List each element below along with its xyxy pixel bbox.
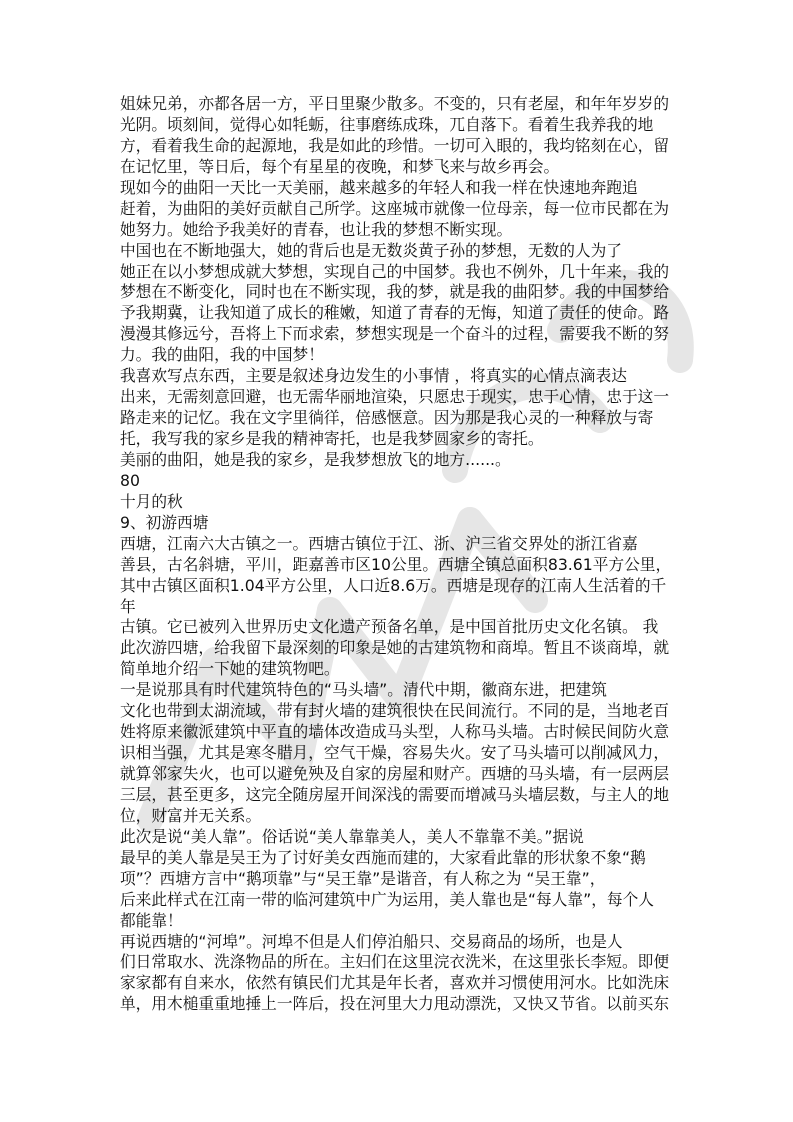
- text-line: 赶着，为曲阳的美好贡献自己所学。这座城市就像一位母亲，每一位市民都在为: [120, 199, 680, 220]
- text-line: 再说西塘的“河埠”。河埠不但是人们停泊船只、交易商品的场所，也是人: [120, 932, 680, 953]
- text-line: 托，我写我的家乡是我的精神寄托，也是我梦圆家乡的寄托。: [120, 429, 680, 450]
- text-line: 都能靠！: [120, 911, 680, 932]
- text-line: 梦想在不断变化，同时也在不断实现，我的梦，就是我的曲阳梦。我的中国梦给: [120, 282, 680, 303]
- text-line: 漫漫其修远兮，吾将上下而求索，梦想实现是一个奋斗的过程，需要我不断的努: [120, 324, 680, 345]
- text-line: 年: [120, 597, 680, 618]
- text-line: 后来此样式在江南一带的临河建筑中广为运用，美人靠也是“每人靠”，每个人: [120, 890, 680, 911]
- text-line: 在记忆里，等日后，每个有星星的夜晚，和梦飞来与故乡再会。: [120, 157, 680, 178]
- text-line: 美丽的曲阳，她是我的家乡，是我梦想放飞的地方......。: [120, 450, 680, 471]
- text-line: 姐妹兄弟，亦都各居一方，平日里聚少散多。不变的，只有老屋，和年年岁岁的: [120, 94, 680, 115]
- text-line: 单，用木槌重重地捶上一阵后，投在河里大力甩动漂洗，又快又节省。以前买东: [120, 994, 680, 1015]
- text-line: 她努力。她给予我美好的青春，也让我的梦想不断实现。: [120, 220, 680, 241]
- text-line: 现如今的曲阳一天比一天美丽，越来越多的年轻人和我一样在快速地奔跑追: [120, 178, 680, 199]
- text-line: 中国也在不断地强大，她的背后也是无数炎黄子孙的梦想，无数的人为了: [120, 241, 680, 262]
- section-title: 十月的秋: [120, 492, 680, 513]
- text-line: 善县，古名斜塘，平川，距嘉善市区10公里。西塘全镇总面积83.61平方公里，: [120, 555, 680, 576]
- text-line: 路走来的记忆。我在文字里徜徉，倍感惬意。因为那是我心灵的一种释放与寄: [120, 408, 680, 429]
- text-line: 力。我的曲阳，我的中国梦！: [120, 345, 680, 366]
- text-line: 就算邻家失火，也可以避免殃及自家的房屋和财产。西塘的马头墙，有一层两层: [120, 764, 680, 785]
- chapter-heading: 9、初游西塘: [120, 513, 680, 534]
- text-line: 此次是说“美人靠”。俗话说“美人靠靠美人，美人不靠靠不美。”据说: [120, 827, 680, 848]
- text-line: 其中古镇区面积1.04平方公里，人口近8.6万。西塘是现存的江南人生活着的千: [120, 576, 680, 597]
- text-line: 此次游四塘，给我留下最深刻的印象是她的古建筑物和商埠。暂且不谈商埠，就: [120, 638, 680, 659]
- text-line: 古镇。它已被列入世界历史文化遗产预备名单，是中国首批历史文化名镇。 我: [120, 617, 680, 638]
- text-line: 姓将原来徽派建筑中平直的墙体改造成马头型，人称马头墙。古时候民间防火意: [120, 722, 680, 743]
- text-line: 光阴。顷刻间，觉得心如牦蛎，往事磨练成珠，兀自落下。看着生我养我的地: [120, 115, 680, 136]
- text-line: 位，财富并无关系。: [120, 806, 680, 827]
- text-line: 西塘，江南六大古镇之一。西塘古镇位于江、浙、沪三省交界处的浙江省嘉: [120, 534, 680, 555]
- text-line: 们日常取水、洗涤物品的所在。主妇们在这里浣衣洗米，在这里张长李短。即便: [120, 952, 680, 973]
- text-line: 我喜欢写点东西，主要是叙述身边发生的小事情 ，将真实的心情点滴表达: [120, 366, 680, 387]
- text-line: 三层，甚至更多，这完全随房屋开间深浅的需要而增减马头墙层数，与主人的地: [120, 785, 680, 806]
- document-page: 姐妹兄弟，亦都各居一方，平日里聚少散多。不变的，只有老屋，和年年岁岁的 光阴。顷…: [0, 0, 793, 1122]
- text-line: 项”？西塘方言中“鹅项靠”与“吴王靠”是谐音，有人称之为 “吴王靠”，: [120, 869, 680, 890]
- text-line: 简单地介绍一下她的建筑物吧。: [120, 659, 680, 680]
- text-line: 方，看着我生命的起源地，我是如此的珍惜。一切可入眼的，我均铭刻在心，留: [120, 136, 680, 157]
- text-line: 予我期冀，让我知道了成长的稚嫩，知道了青春的无悔，知道了责任的使命。路: [120, 303, 680, 324]
- text-line: 一是说那具有时代建筑特色的“马头墙”。清代中期，徽商东进，把建筑: [120, 680, 680, 701]
- text-line: 家家都有自来水，依然有镇民们尤其是年长者，喜欢并习惯使用河水。比如洗床: [120, 973, 680, 994]
- text-line: 她正在以小梦想成就大梦想，实现自己的中国梦。我也不例外，几十年来，我的: [120, 262, 680, 283]
- text-line: 出来，无需刻意回避，也无需华丽地渲染，只愿忠于现实，忠于心情，忠于这一: [120, 387, 680, 408]
- text-line: 文化也带到太湖流域，带有封火墙的建筑很快在民间流行。不同的是，当地老百: [120, 701, 680, 722]
- document-body: 姐妹兄弟，亦都各居一方，平日里聚少散多。不变的，只有老屋，和年年岁岁的 光阴。顷…: [120, 94, 680, 1015]
- text-line: 最早的美人靠是吴王为了讨好美女西施而建的，大家看此靠的形状象不象“鹅: [120, 848, 680, 869]
- text-line: 识相当强，尤其是寒冬腊月，空气干燥，容易失火。安了马头墙可以削减风力，: [120, 743, 680, 764]
- page-number: 80: [120, 471, 680, 492]
